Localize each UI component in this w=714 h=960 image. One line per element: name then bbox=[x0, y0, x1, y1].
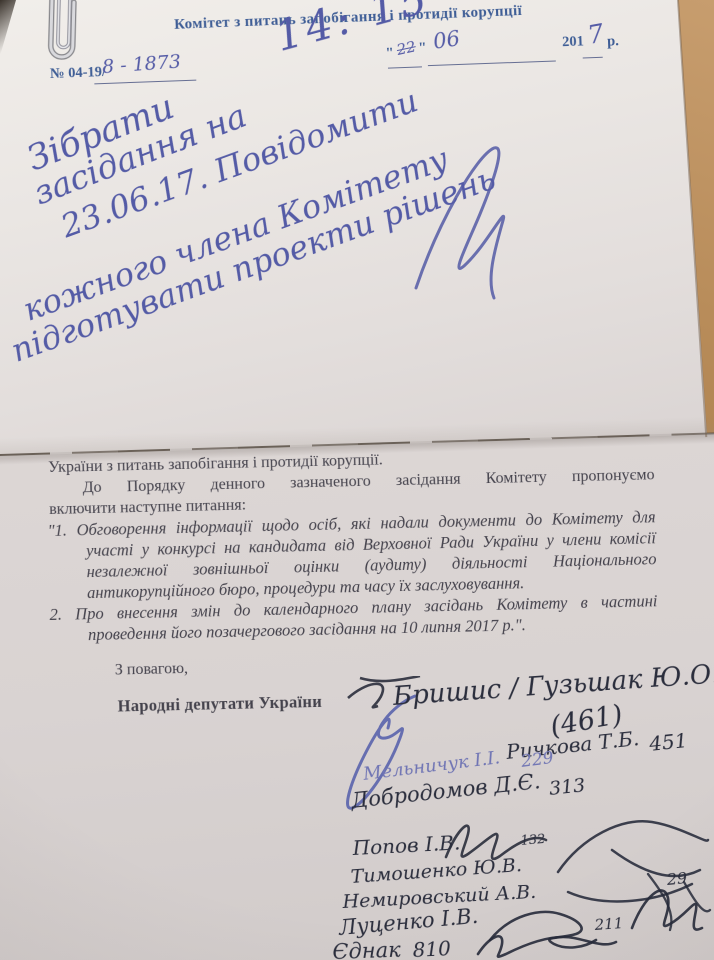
year-underline bbox=[583, 57, 603, 59]
letter-body: України з питань запобігання і протидії … bbox=[48, 443, 658, 646]
date-open-quote: " bbox=[385, 45, 394, 62]
letter-closing: З повагою, bbox=[115, 658, 189, 681]
handwritten-ref-number: 8 - 1873 bbox=[101, 50, 181, 78]
date-suffix: р. bbox=[607, 33, 619, 50]
signature-number: 451 bbox=[648, 728, 688, 756]
note-signature-flourish bbox=[398, 128, 528, 313]
signature-flourish bbox=[626, 878, 714, 940]
date-day-underline bbox=[388, 66, 422, 69]
signature-number: 132 bbox=[520, 832, 546, 849]
date-year-printed: 201 bbox=[562, 33, 584, 51]
signature-number: 810 bbox=[412, 936, 451, 960]
date-close-quote: " bbox=[418, 40, 427, 57]
handwritten-date-month: 06 bbox=[432, 26, 462, 54]
date-month-underline bbox=[428, 60, 556, 66]
handwritten-date-day: 22 bbox=[395, 37, 417, 59]
signature-name: Єднак bbox=[332, 938, 401, 960]
signature-flourish bbox=[470, 924, 620, 960]
ref-underline bbox=[94, 80, 196, 85]
ref-number-prefix: № 04-19/ bbox=[50, 64, 107, 83]
signature-number: 313 bbox=[548, 774, 586, 800]
document-photo: Комітет з питань запобігання і протидії … bbox=[0, 0, 714, 960]
